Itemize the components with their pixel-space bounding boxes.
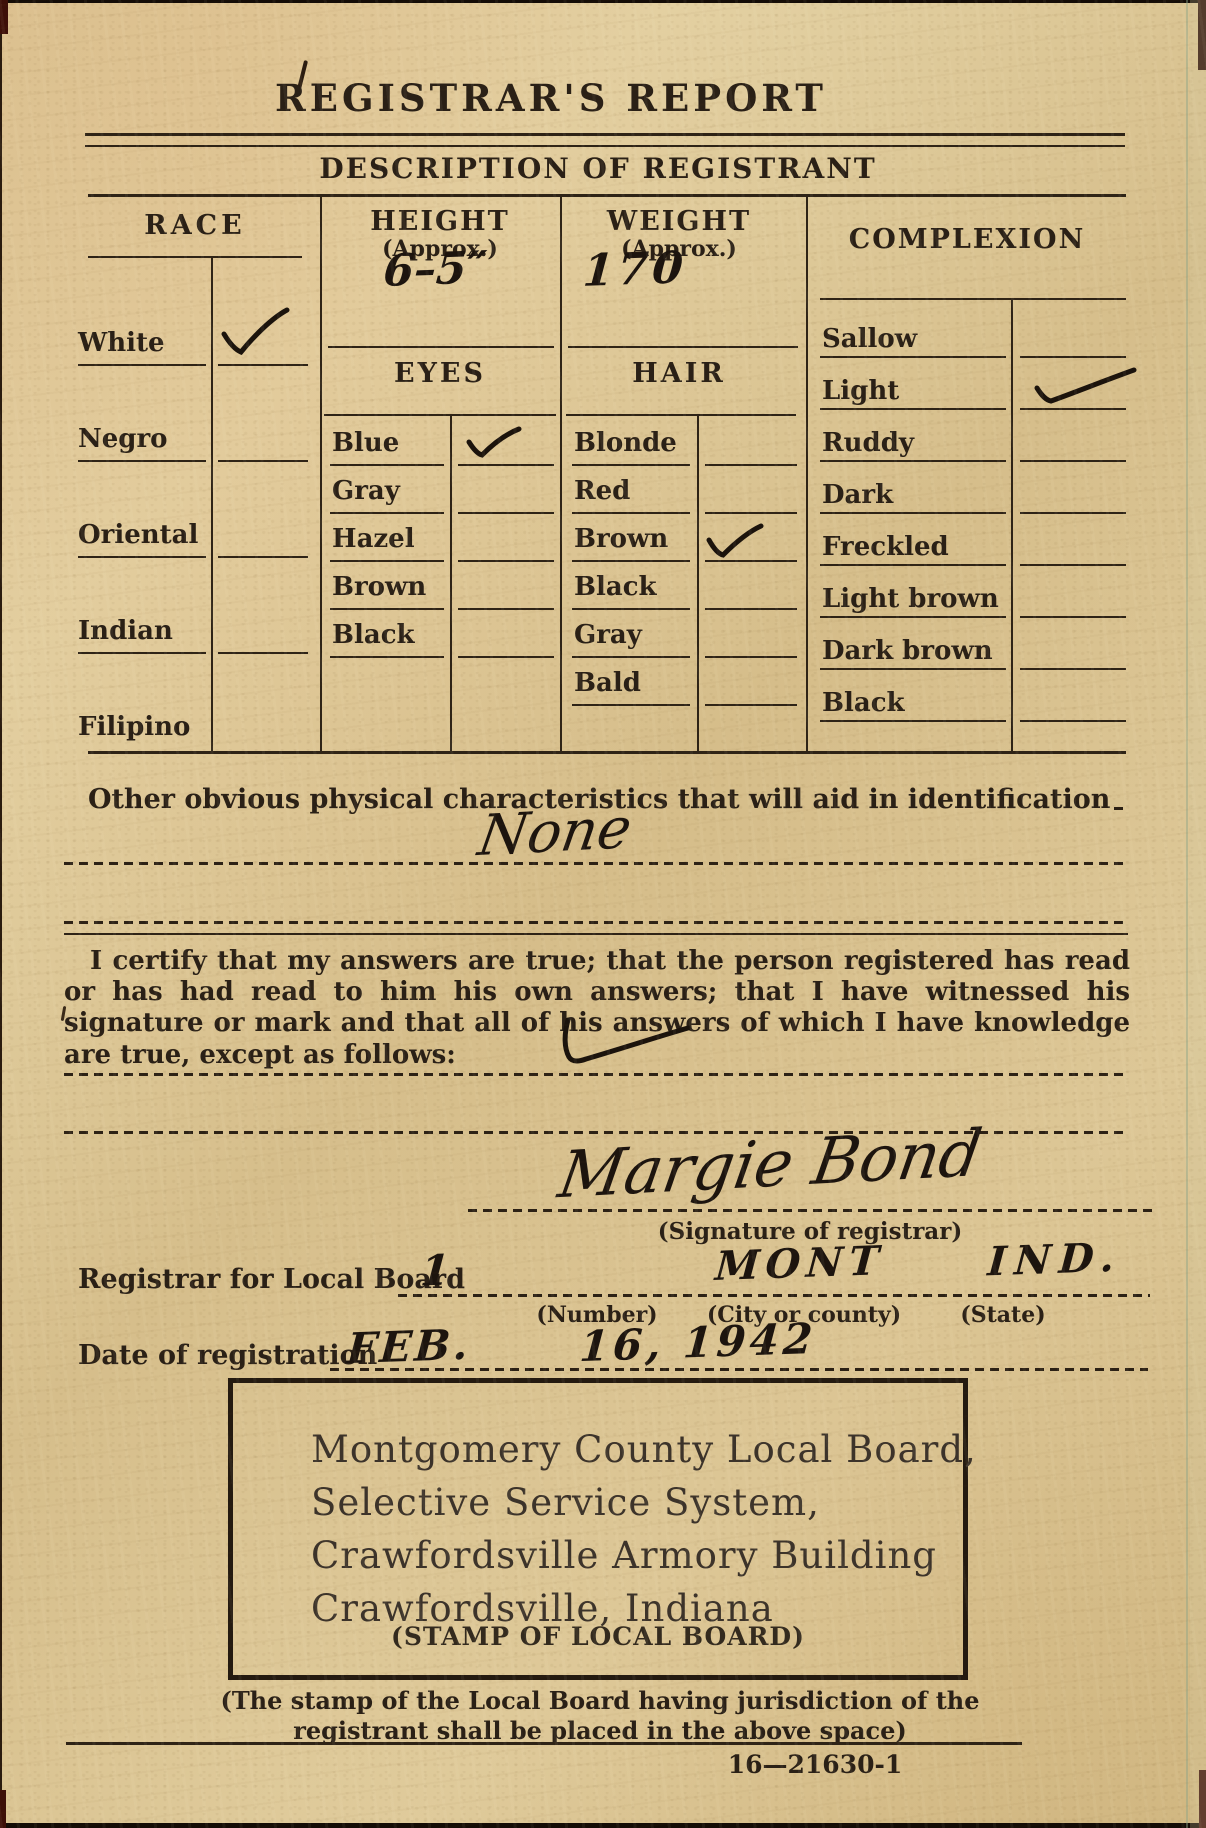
complexion-option-dark: Dark <box>822 480 893 510</box>
scan-corner-tl <box>0 0 8 34</box>
complexion-check-underline <box>1020 512 1126 514</box>
hair-option-underline <box>572 560 690 562</box>
local-board-city-value: MONT <box>698 1236 901 1290</box>
eyes-option-underline <box>330 656 444 658</box>
complexion-option-ruddy: Ruddy <box>822 428 914 458</box>
eyes-check-underline <box>458 464 554 466</box>
race-option-indian: Indian <box>78 616 173 646</box>
complexion-check-underline <box>1020 356 1126 358</box>
local-board-line <box>398 1294 1150 1297</box>
hair-option-underline <box>572 704 690 706</box>
hair-check-underline <box>705 512 797 514</box>
dashed-rule <box>64 921 1128 924</box>
form-number: 16—21630-1 <box>720 1750 910 1779</box>
checkmark-certification <box>560 1016 692 1066</box>
complexion-option-underline <box>820 668 1006 670</box>
footer-rule <box>66 1742 1022 1745</box>
eyes-check-divider <box>450 414 452 753</box>
complexion-option-dark-brown: Dark brown <box>822 636 993 666</box>
local-board-state-value: IND. <box>953 1232 1156 1286</box>
hair-check-underline <box>705 704 797 706</box>
eyes-option-hazel: Hazel <box>332 524 415 554</box>
complexion-check-underline <box>1020 408 1126 410</box>
race-check-underline <box>218 364 308 366</box>
race-option-underline <box>78 556 206 558</box>
table-col-divider <box>320 196 322 753</box>
hair-option-underline <box>572 464 690 466</box>
race-option-underline <box>78 364 206 366</box>
race-option-underline <box>78 652 206 654</box>
eyes-option-underline <box>330 560 444 562</box>
eyes-check-underline <box>458 608 554 610</box>
hair-check-underline <box>705 464 797 466</box>
hair-option-underline <box>572 656 690 658</box>
hair-check-underline <box>705 656 797 658</box>
eyes-option-brown: Brown <box>332 572 426 602</box>
checkmark-hair-brown <box>706 522 764 560</box>
race-header: RACE <box>88 210 302 241</box>
registration-date-day-year: 16, 1942 <box>556 1313 839 1372</box>
height-header: HEIGHT <box>322 206 558 237</box>
hair-option-red: Red <box>574 476 630 506</box>
race-check-underline <box>218 556 308 558</box>
paper-fold-line <box>1186 0 1188 1828</box>
stamp-caption: (STAMP OF LOCAL BOARD) <box>233 1622 963 1651</box>
stamp-line: Crawfordsville Armory Building <box>311 1529 963 1582</box>
race-option-underline <box>78 460 206 462</box>
stamp-line: Selective Service System, <box>311 1476 963 1529</box>
complexion-option-light-brown: Light brown <box>822 584 999 614</box>
complexion-option-underline <box>820 356 1006 358</box>
local-board-stamp-box: Montgomery County Local Board, Selective… <box>228 1378 968 1680</box>
hair-header-rule <box>566 414 796 416</box>
eyes-check-underline <box>458 560 554 562</box>
hair-option-brown: Brown <box>574 524 668 554</box>
complexion-option-sallow: Sallow <box>822 324 917 354</box>
checkmark-complexion-light <box>1034 366 1138 404</box>
weight-header: WEIGHT <box>562 206 796 237</box>
registrar-signature: Margie Bond <box>455 1111 1086 1218</box>
hair-option-blonde: Blonde <box>574 428 677 458</box>
paper-edge-shade <box>1190 0 1206 1828</box>
complexion-option-black: Black <box>822 688 905 718</box>
stamp-line: Montgomery County Local Board, <box>311 1423 963 1476</box>
eyes-header-rule <box>324 414 556 416</box>
checkmark-race-white <box>220 306 292 358</box>
table-col-divider <box>806 196 808 753</box>
race-option-negro: Negro <box>78 424 168 454</box>
height-value: 6–5″ <box>328 240 541 298</box>
eyes-option-underline <box>330 608 444 610</box>
complexion-check-underline <box>1020 460 1126 462</box>
complexion-option-underline <box>820 720 1006 722</box>
other-characteristics-value: None <box>415 793 695 873</box>
height-value-underline <box>328 346 554 348</box>
complexion-option-underline <box>820 408 1006 410</box>
complexion-header: COMPLEXION <box>808 224 1126 255</box>
weight-value-underline <box>568 346 798 348</box>
section-title: DESCRIPTION OF REGISTRANT <box>0 152 1196 185</box>
scan-edge-bottom <box>0 1823 1206 1828</box>
complexion-check-underline <box>1020 720 1126 722</box>
hair-check-underline <box>705 560 797 562</box>
solid-rule <box>64 933 1128 935</box>
race-check-underline <box>218 460 308 462</box>
complexion-check-divider <box>1011 298 1013 753</box>
complexion-option-light: Light <box>822 376 899 406</box>
race-option-white: White <box>78 328 165 358</box>
registrar-report-document: REGISTRAR'S REPORT DESCRIPTION OF REGIST… <box>0 0 1206 1828</box>
hair-option-bald: Bald <box>574 668 641 698</box>
signature-line <box>468 1209 1152 1212</box>
registration-date-label: Date of registration <box>78 1340 377 1371</box>
scan-edge-left <box>0 0 2 1828</box>
scan-corner-bl <box>0 1790 6 1828</box>
race-check-divider <box>211 256 213 753</box>
eyes-option-black: Black <box>332 620 415 650</box>
hair-option-underline <box>572 608 690 610</box>
title-double-rule <box>85 133 1125 147</box>
dashed-rule <box>64 1073 1128 1076</box>
eyes-check-underline <box>458 512 554 514</box>
complexion-check-underline <box>1020 564 1126 566</box>
hair-header: HAIR <box>562 358 796 389</box>
weight-value: 170 <box>558 241 711 297</box>
complexion-option-freckled: Freckled <box>822 532 949 562</box>
eyes-header: EYES <box>322 358 558 389</box>
hair-option-black: Black <box>574 572 657 602</box>
eyes-option-blue: Blue <box>332 428 399 458</box>
race-check-underline <box>218 652 308 654</box>
registration-date-line <box>330 1368 1148 1371</box>
complexion-check-underline <box>1020 616 1126 618</box>
race-option-filipino: Filipino <box>78 712 190 742</box>
eyes-option-underline <box>330 512 444 514</box>
stamp-instruction-note: (The stamp of the Local Board having jur… <box>150 1686 1050 1746</box>
other-characteristics-fill-line <box>1114 807 1128 810</box>
complexion-option-underline <box>820 564 1006 566</box>
local-board-number-value: 1 <box>403 1245 466 1296</box>
race-header-rule <box>88 256 302 258</box>
dashed-rule <box>64 862 1128 865</box>
race-option-oriental: Oriental <box>78 520 198 550</box>
registration-date-month: FEB. <box>345 1320 468 1373</box>
hair-check-divider <box>697 414 699 753</box>
page-title: REGISTRAR'S REPORT <box>0 76 1102 120</box>
state-caption: (State) <box>923 1302 1083 1328</box>
scan-edge-top <box>0 0 1206 3</box>
complexion-check-underline <box>1020 668 1126 670</box>
eyes-option-underline <box>330 464 444 466</box>
hair-option-gray: Gray <box>574 620 642 650</box>
complexion-option-underline <box>820 616 1006 618</box>
table-top-rule <box>88 194 1126 197</box>
table-bottom-rule <box>88 751 1126 754</box>
hair-check-underline <box>705 608 797 610</box>
eyes-option-gray: Gray <box>332 476 400 506</box>
complexion-option-underline <box>820 460 1006 462</box>
hair-option-underline <box>572 512 690 514</box>
complexion-header-rule <box>820 298 1126 300</box>
complexion-option-underline <box>820 512 1006 514</box>
checkmark-eyes-blue <box>466 426 522 460</box>
eyes-check-underline <box>458 656 554 658</box>
